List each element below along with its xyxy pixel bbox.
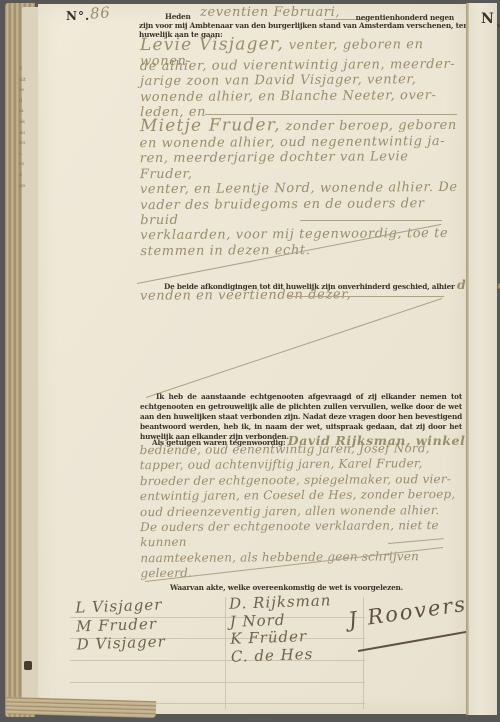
adjacent-page-text-fragments: E dit te ﬂ ia ak do bo L ro e ge (19, 64, 37, 191)
signature-rule-4 (70, 682, 365, 683)
handwritten-date: zeventien Februari, (200, 5, 340, 20)
bride-name-rest: zonder beroep, geboren (281, 118, 457, 134)
printed-header-line2: zijn voor mij Ambtenaar van den burgerli… (139, 21, 500, 30)
signatures-witnesses: D. Rijksman J Nord K Früder C. de Hes (229, 592, 334, 666)
printed-heden: Heden (165, 12, 191, 21)
fill-line-after-dezer (287, 296, 444, 297)
groom-paragraph: de alhier, oud vierentwintig jaren, meer… (140, 57, 456, 121)
scanned-marriage-register-page: { "page": { "number_label": "N°.", "numb… (0, 0, 500, 722)
bride-name: Mietje Fruder, (140, 115, 281, 136)
signatures-parties: L Visjager M Fruder D Visjager (75, 595, 166, 654)
bride-paragraph: en wonende alhier, oud negenentwintig ja… (140, 134, 467, 260)
printed-closing: Waarvan akte, welke overeenkomstig de we… (170, 583, 403, 592)
strike-diagonal-2 (146, 298, 442, 398)
next-page-record-letter: N (481, 11, 494, 27)
witnesses-paragraph: bediende, oud eenentwintig jaren, Josef … (140, 441, 467, 582)
record-number-value: 86 (89, 3, 111, 22)
ink-blot (24, 661, 32, 670)
bride-name-line: Mietje Fruder, zonder beroep, geboren (140, 117, 457, 136)
record-number-label: N°. (66, 9, 90, 23)
next-page-sliver: N (469, 3, 497, 715)
signature-column-divider-1 (225, 597, 226, 709)
fill-line-after-echt (300, 220, 442, 221)
groom-name: Levie Visjager, (140, 34, 284, 55)
